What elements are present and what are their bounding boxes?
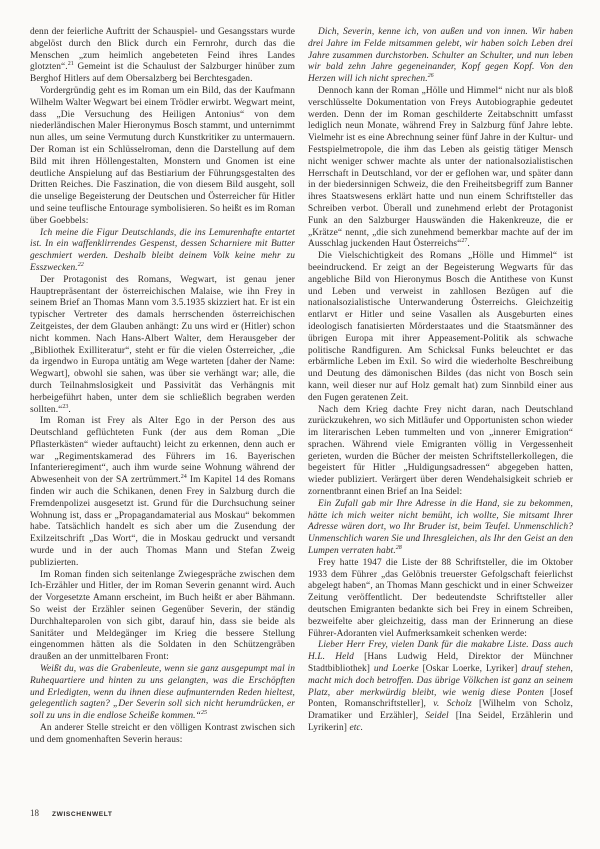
text-segment: Im Roman finden sich seitenlange Zwieges…	[30, 570, 295, 663]
text-segment: Im Kapitel 14 des Romans finden wir auch…	[30, 475, 295, 568]
body-paragraph: Dennoch kann der Roman „Hölle und Himmel…	[308, 86, 573, 251]
text-segment: .	[467, 239, 469, 249]
page-number: 18	[30, 808, 39, 818]
quote-paragraph: Ein Zufall gab mir Ihre Adresse in die H…	[308, 499, 573, 558]
quote-paragraph: Ich meine die Figur Deutschlands, die in…	[30, 228, 295, 275]
page-footer: 18 ZWISCHENWELT	[30, 808, 113, 818]
text-segment: Ein Zufall gab mir Ihre Adresse in die H…	[308, 499, 573, 556]
journal-title: ZWISCHENWELT	[52, 811, 113, 818]
text-segment: Der Protagonist des Romans, Wegwart, ist…	[30, 275, 295, 415]
text-segment: Frey hatte 1947 die Liste der 88 Schrift…	[308, 558, 573, 639]
text-segment: Vordergründig geht es im Roman um ein Bi…	[30, 86, 295, 226]
quote-paragraph: Weißt du, was die Grabenleute, wenn sie …	[30, 664, 295, 723]
quote-paragraph: Dich, Severin, kenne ich, von außen und …	[308, 27, 573, 86]
left-column: denn der feierliche Auftritt der Schausp…	[30, 27, 295, 747]
body-paragraph: Frey hatte 1947 die Liste der 88 Schrift…	[308, 558, 573, 641]
text-columns: denn der feierliche Auftritt der Schausp…	[30, 27, 573, 747]
text-segment: und Loerke	[374, 664, 423, 674]
text-segment: Nach dem Krieg dachte Frey nicht daran, …	[308, 405, 573, 498]
text-segment: v. Scholz	[433, 699, 479, 709]
text-segment: Die Vielschichtigkeit des Romans „Hölle …	[308, 251, 573, 403]
right-column: Dich, Severin, kenne ich, von außen und …	[308, 27, 573, 747]
text-segment: Ich meine die Figur Deutschlands, die in…	[30, 228, 295, 273]
body-paragraph: Vordergründig geht es im Roman um ein Bi…	[30, 86, 295, 228]
body-paragraph: Die Vielschichtigkeit des Romans „Hölle …	[308, 251, 573, 404]
text-segment: Weißt du, was die Grabenleute, wenn sie …	[30, 664, 295, 721]
text-segment: .	[68, 405, 70, 415]
footnote-reference: 25	[201, 710, 207, 716]
body-paragraph: denn der feierliche Auftritt der Schausp…	[30, 27, 295, 86]
body-paragraph: An anderer Stelle streicht er den völlig…	[30, 723, 295, 747]
text-segment: Seidel	[425, 711, 456, 721]
quote-paragraph: Lieber Herr Frey, vielen Dank für die ma…	[308, 640, 573, 734]
journal-page: denn der feierliche Auftritt der Schausp…	[0, 0, 600, 849]
body-paragraph: Der Protagonist des Romans, Wegwart, ist…	[30, 275, 295, 417]
text-segment: Dich, Severin, kenne ich, von außen und …	[308, 27, 573, 84]
footnote-reference: 28	[396, 545, 402, 551]
text-segment: Dennoch kann der Roman „Hölle und Himmel…	[308, 86, 573, 249]
body-paragraph: Im Roman ist Frey als Alter Ego in der P…	[30, 416, 295, 569]
body-paragraph: Nach dem Krieg dachte Frey nicht daran, …	[308, 405, 573, 499]
text-segment: etc.	[349, 723, 363, 733]
text-segment: An anderer Stelle streicht er den völlig…	[30, 723, 295, 745]
text-segment: [Oskar Loerke, Lyriker]	[423, 664, 522, 674]
body-paragraph: Im Roman finden sich seitenlange Zwieges…	[30, 570, 295, 664]
footnote-reference: 26	[428, 73, 434, 79]
footnote-reference: 22	[78, 262, 84, 268]
